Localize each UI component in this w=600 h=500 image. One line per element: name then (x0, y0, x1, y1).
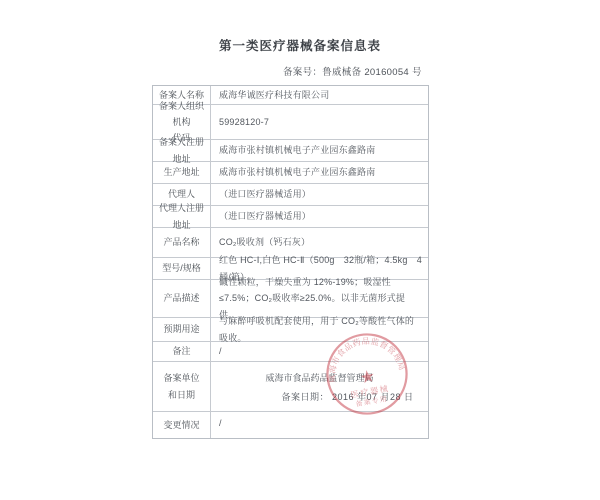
row-value: 威海市张村镇机械电子产业园东鑫路南 (211, 162, 428, 183)
scanned-document-page: 第一类医疗器械备案信息表 备案号：鲁威械备 20160054 号 备案人名称 威… (0, 0, 600, 500)
row-label: 型号/规格 (153, 258, 211, 279)
row-label: 产品描述 (153, 280, 211, 317)
row-label: 生产地址 (153, 162, 211, 183)
row-value: 威海华诚医疗科技有限公司 (211, 86, 428, 104)
record-number: 备案号：鲁威械备 20160054 号 (283, 64, 422, 78)
table-row-agent-address: 代理人注册地址 （进口医疗器械适用） (153, 206, 428, 228)
table-row-production-address: 生产地址 威海市张村镇机械电子产业园东鑫路南 (153, 162, 428, 184)
row-label: 预期用途 (153, 318, 211, 341)
row-value: 威海市张村镇机械电子产业园东鑫路南 (211, 140, 428, 161)
form-title: 第一类医疗器械备案信息表 (0, 36, 600, 54)
row-value: （进口医疗器械适用） (211, 184, 428, 205)
row-label: 产品名称 (153, 228, 211, 257)
row-label: 备注 (153, 342, 211, 361)
row-label: 备案人注册地址 (153, 140, 211, 161)
row-value: / (211, 342, 428, 361)
row-value: （进口医疗器械适用） (211, 206, 428, 227)
table-row-change-status: 变更情况 / (153, 412, 428, 438)
registration-date: 备案日期： 2016 年07 月28 日 (245, 390, 450, 403)
table-row-remarks: 备注 / (153, 342, 428, 362)
table-row-registration-unit-date: 备案单位 和日期 威海市食品药品监督管理局 备案日期： 2016 年07 月28… (153, 362, 428, 412)
row-value: 59928120-7 (211, 105, 428, 139)
registration-authority: 威海市食品药品监督管理局 (217, 371, 422, 384)
table-row-registrant-address: 备案人注册地址 威海市张村镇机械电子产业园东鑫路南 (153, 140, 428, 162)
row-value: 威海市食品药品监督管理局 备案日期： 2016 年07 月28 日 (211, 362, 428, 411)
registration-info-table: 备案人名称 威海华诚医疗科技有限公司 备案人组织机构 代码 59928120-7… (152, 85, 429, 439)
row-value: / (211, 412, 428, 438)
row-value: 与麻醉呼吸机配套使用，用于 CO₂等酸性气体的吸收。 (211, 318, 428, 341)
table-row-intended-use: 预期用途 与麻醉呼吸机配套使用，用于 CO₂等酸性气体的吸收。 (153, 318, 428, 342)
row-label: 变更情况 (153, 412, 211, 438)
row-label: 备案单位 和日期 (153, 362, 211, 411)
row-label: 代理人注册地址 (153, 206, 211, 227)
row-value: 碱性颗粒，干燥失重为 12%-19%；吸湿性≤7.5%；CO₂吸收率≥25.0%… (211, 280, 428, 317)
